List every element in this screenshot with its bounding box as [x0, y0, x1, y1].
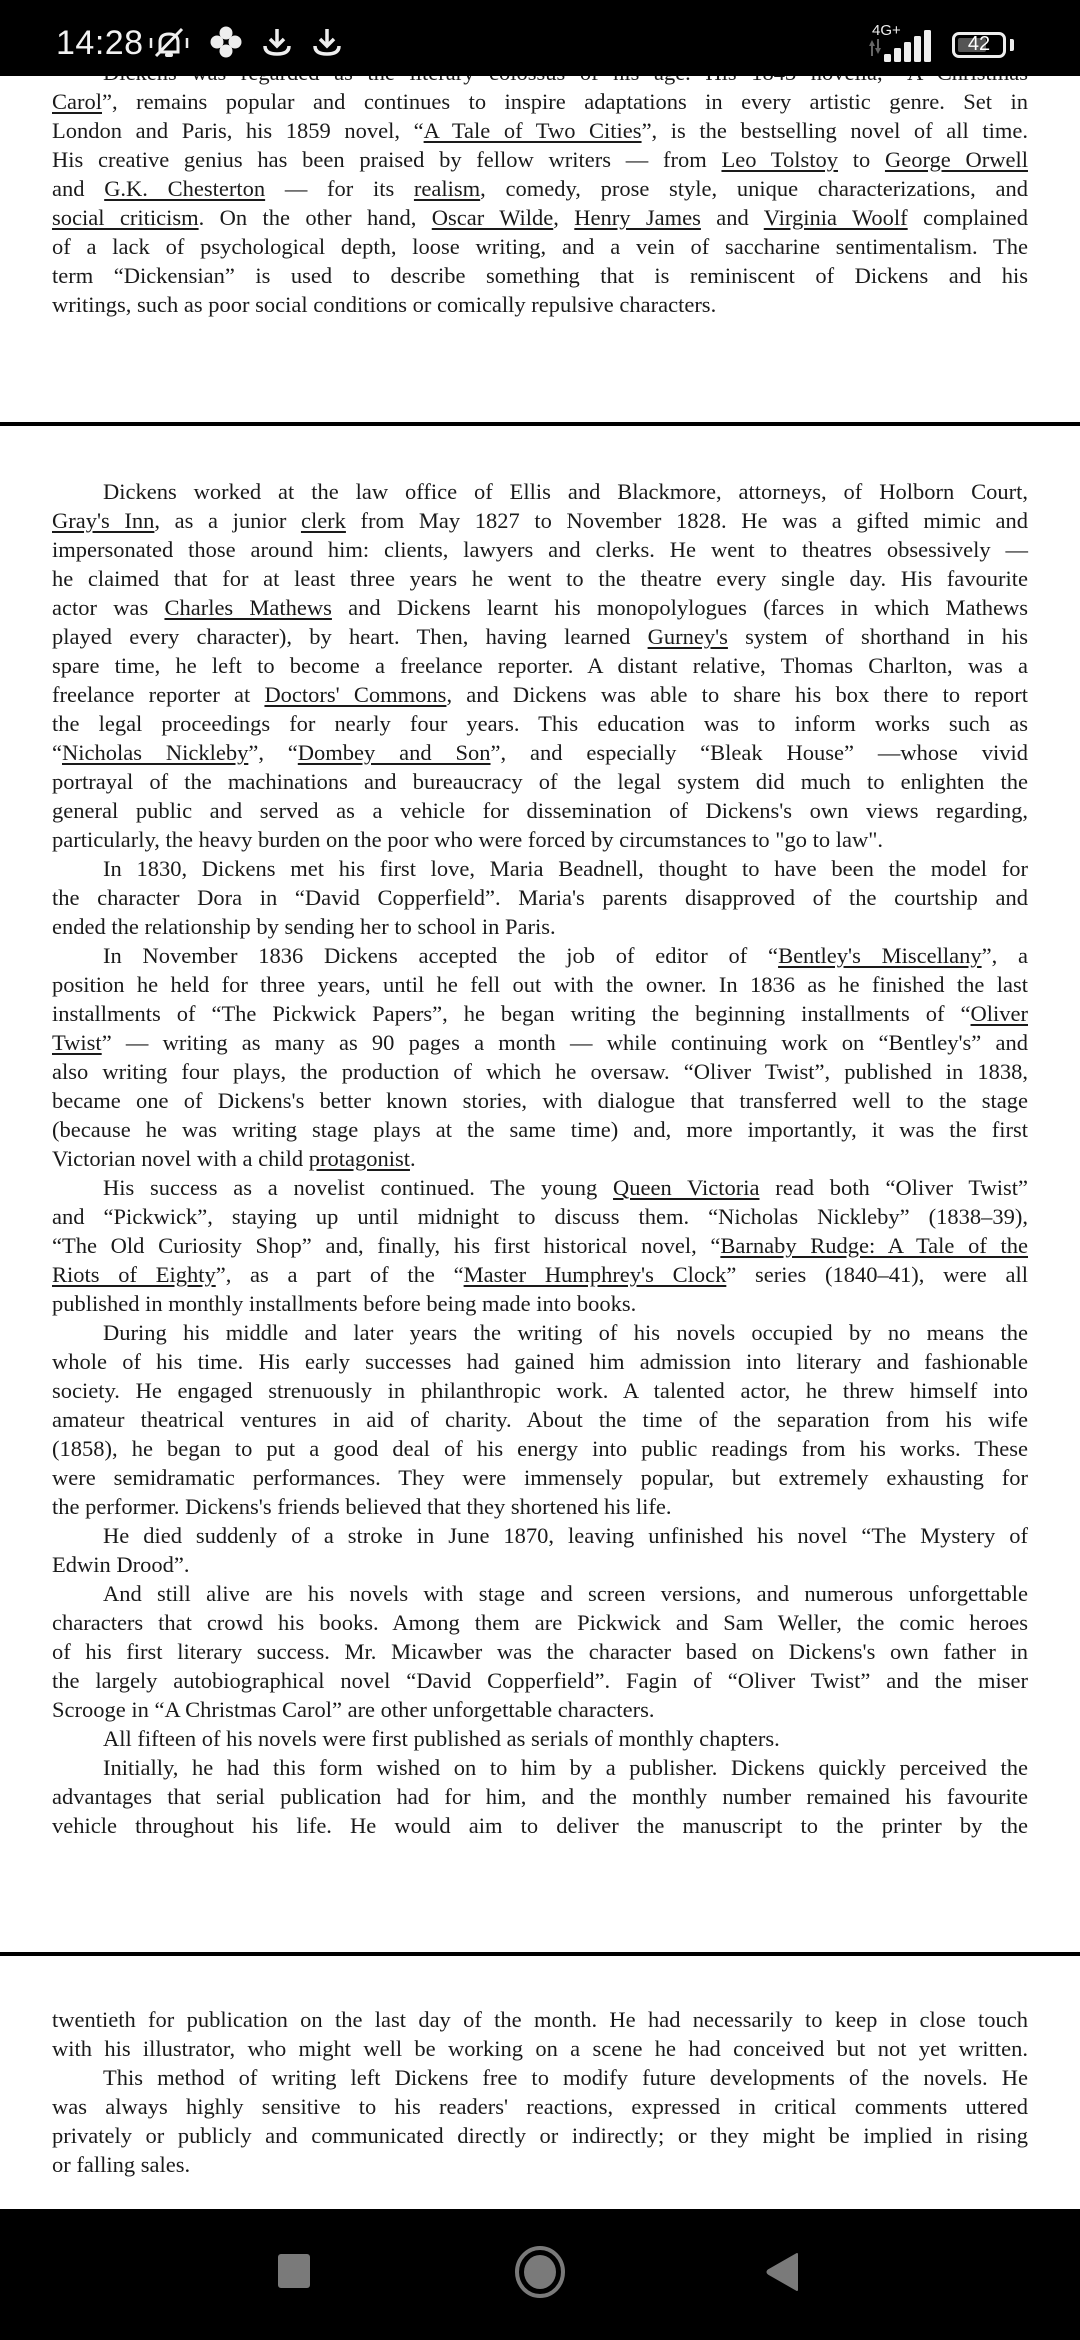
text-line: particularly, the heavy burden on the po…: [52, 825, 1028, 854]
text-line: During his middle and later years the wr…: [103, 1318, 1028, 1347]
hyperlink[interactable]: George Orwell: [885, 147, 1028, 172]
battery-indicator: 42: [952, 32, 1006, 58]
text-line: and “Pickwick”, staying up until midnigh…: [52, 1202, 1028, 1231]
square-icon: [278, 2254, 310, 2295]
text-line: term “Dickensian” is used to describe so…: [52, 261, 1028, 290]
text-line: And still alive are his novels with stag…: [103, 1579, 1028, 1608]
text-line: Twist” — writing as many as 90 pages a m…: [52, 1028, 1028, 1057]
clover-app-icon: [210, 26, 242, 63]
text-line: whole of his time. His early successes h…: [52, 1347, 1028, 1376]
text-line: position he held for three years, until …: [52, 970, 1028, 999]
download-icon: [262, 26, 292, 63]
text-line: All fifteen of his novels were first pub…: [103, 1724, 1028, 1753]
hyperlink[interactable]: Doctors' Commons: [264, 682, 446, 707]
recents-button[interactable]: [234, 2209, 354, 2340]
text-line: also writing four plays, the production …: [52, 1057, 1028, 1086]
hyperlink[interactable]: G.K. Chesterton: [104, 176, 265, 201]
hyperlink[interactable]: Twist: [52, 1030, 102, 1055]
text-line: His success as a novelist continued. The…: [103, 1173, 1028, 1202]
hyperlink[interactable]: Charles Mathews: [164, 595, 331, 620]
text-line: of his first literary success. Mr. Micaw…: [52, 1637, 1028, 1666]
text-line: Victorian novel with a child protagonist…: [52, 1144, 1028, 1173]
hyperlink[interactable]: Virginia Woolf: [764, 205, 908, 230]
hyperlink[interactable]: realism: [414, 176, 480, 201]
text-line: (1858), he began to put a good deal of h…: [52, 1434, 1028, 1463]
text-line: the largely autobiographical novel “Davi…: [52, 1666, 1028, 1695]
text-line: This method of writing left Dickens free…: [103, 2063, 1028, 2092]
text-line: of a lack of psychological depth, loose …: [52, 232, 1028, 261]
text-line: or falling sales.: [52, 2150, 1028, 2179]
text-line: impersonated those around him: clients, …: [52, 535, 1028, 564]
text-line: he claimed that for at least three years…: [52, 564, 1028, 593]
text-line: society. He engaged strenuously in phila…: [52, 1376, 1028, 1405]
back-button[interactable]: [722, 2209, 842, 2340]
hyperlink[interactable]: Henry James: [574, 205, 701, 230]
home-circle-icon: [514, 2245, 566, 2304]
text-line: was always highly sensitive to his reade…: [52, 2092, 1028, 2121]
signal-strength-icon: [884, 30, 932, 67]
text-line: Edwin Drood”.: [52, 1550, 1028, 1579]
navigation-bar: [0, 2209, 1080, 2340]
text-line: played every character), by heart. Then,…: [52, 622, 1028, 651]
text-line: Initially, he had this form wished on to…: [103, 1753, 1028, 1782]
text-line: Carol”, remains popular and continues to…: [52, 87, 1028, 116]
hyperlink[interactable]: Queen Victoria: [613, 1175, 759, 1200]
text-line: characters that crowd his books. Among t…: [52, 1608, 1028, 1637]
data-activity-icon: [868, 36, 882, 63]
text-line: the legal proceedings for nearly four ye…: [52, 709, 1028, 738]
text-line: were semidramatic performances. They wer…: [52, 1463, 1028, 1492]
hyperlink[interactable]: Oscar Wilde: [432, 205, 554, 230]
status-time: 14:28: [56, 24, 144, 63]
page-separator: [0, 422, 1080, 426]
text-line: His creative genius has been praised by …: [52, 145, 1028, 174]
text-line: privately or publicly and communicated d…: [52, 2121, 1028, 2150]
text-line: advantages that serial publication had f…: [52, 1782, 1028, 1811]
text-line: and G.K. Chesterton — for its realism, c…: [52, 174, 1028, 203]
hyperlink[interactable]: Oliver: [971, 1001, 1028, 1026]
hyperlink[interactable]: Gurney's: [648, 624, 728, 649]
download-icon: [312, 26, 342, 63]
hyperlink[interactable]: Dombey and Son: [298, 740, 491, 765]
hyperlink[interactable]: Gray's Inn: [52, 508, 154, 533]
text-line: In 1830, Dickens met his first love, Mar…: [103, 854, 1028, 883]
hyperlink[interactable]: Riots of Eighty: [52, 1262, 216, 1287]
text-line: “Nicholas Nickleby”, “Dombey and Son”, a…: [52, 738, 1028, 767]
text-line: Dickens worked at the law office of Elli…: [103, 477, 1028, 506]
text-line: amateur theatrical ventures in aid of ch…: [52, 1405, 1028, 1434]
text-line: the character Dora in “David Copperfield…: [52, 883, 1028, 912]
battery-tip: [1010, 39, 1014, 51]
text-line: Scrooge in “A Christmas Carol” are other…: [52, 1695, 1028, 1724]
text-line: freelance reporter at Doctors' Commons, …: [52, 680, 1028, 709]
text-line: twentieth for publication on the last da…: [52, 2005, 1028, 2034]
text-line: portrayal of the machinations and bureau…: [52, 767, 1028, 796]
hyperlink[interactable]: social criticism: [52, 205, 199, 230]
hyperlink[interactable]: protagonist: [309, 1146, 410, 1171]
text-line: the performer. Dickens's friends believe…: [52, 1492, 1028, 1521]
text-line: with his illustrator, who might well be …: [52, 2034, 1028, 2063]
text-line: Gray's Inn, as a junior clerk from May 1…: [52, 506, 1028, 535]
hyperlink[interactable]: Master Humphrey's Clock: [464, 1262, 727, 1287]
page-separator: [0, 1952, 1080, 1956]
text-line: spare time, he left to become a freelanc…: [52, 651, 1028, 680]
hyperlink[interactable]: Carol: [52, 89, 102, 114]
text-line: social criticism. On the other hand, Osc…: [52, 203, 1028, 232]
status-bar: 14:28 4G+: [0, 0, 1080, 76]
text-line: (because he was writing stage plays at t…: [52, 1115, 1028, 1144]
text-line: writings, such as poor social conditions…: [52, 290, 1028, 319]
hyperlink[interactable]: clerk: [301, 508, 346, 533]
text-line: actor was Charles Mathews and Dickens le…: [52, 593, 1028, 622]
home-button[interactable]: [480, 2209, 600, 2340]
text-line: He died suddenly of a stroke in June 187…: [103, 1521, 1028, 1550]
hyperlink[interactable]: A Tale of Two Cities: [424, 118, 642, 143]
text-line: ended the relationship by sending her to…: [52, 912, 1028, 941]
text-line: published in monthly installments before…: [52, 1289, 1028, 1318]
hyperlink[interactable]: Bentley's Miscellany: [778, 943, 982, 968]
text-line: became one of Dickens's better known sto…: [52, 1086, 1028, 1115]
hyperlink[interactable]: Nicholas Nickleby: [62, 740, 248, 765]
back-triangle-icon: [765, 2252, 799, 2297]
text-line: London and Paris, his 1859 novel, “A Tal…: [52, 116, 1028, 145]
text-line: general public and served as a vehicle f…: [52, 796, 1028, 825]
vibrate-off-icon: [148, 26, 190, 65]
text-line: “The Old Curiosity Shop” and, finally, h…: [52, 1231, 1028, 1260]
text-line: Riots of Eighty”, as a part of the “Mast…: [52, 1260, 1028, 1289]
text-line: In November 1836 Dickens accepted the jo…: [103, 941, 1028, 970]
hyperlink[interactable]: Leo Tolstoy: [721, 147, 838, 172]
battery-level: 42: [955, 33, 1003, 56]
text-line: vehicle throughout his life. He would ai…: [52, 1811, 1028, 1840]
hyperlink[interactable]: Barnaby Rudge: A Tale of the: [720, 1233, 1028, 1258]
text-line: installments of “The Pickwick Papers”, h…: [52, 999, 1028, 1028]
